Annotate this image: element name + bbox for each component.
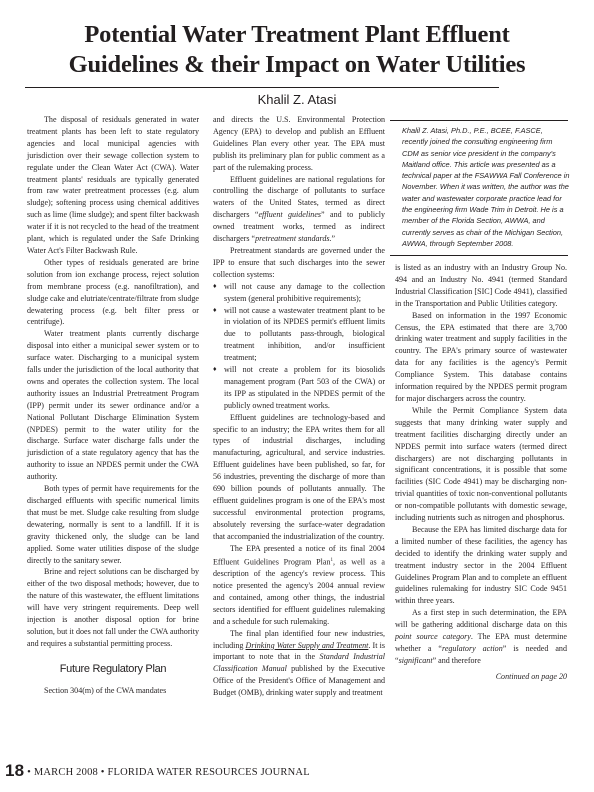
italic-term: significant xyxy=(399,656,433,665)
list-item-text: will not create a problem for its biosol… xyxy=(224,365,385,410)
bio-top-rule xyxy=(390,120,568,121)
title-divider xyxy=(25,87,499,88)
paragraph: Effluent guidelines are national regulat… xyxy=(213,174,385,245)
italic-term: regulatory action xyxy=(442,644,503,653)
section-heading: Future Regulatory Plan xyxy=(27,662,199,676)
bio-bottom-rule xyxy=(390,255,568,256)
list-item: ♦will not create a problem for its bioso… xyxy=(213,364,385,412)
paragraph: Based on information in the 1997 Economi… xyxy=(395,310,567,405)
text-run: ” xyxy=(332,234,336,243)
article-title-line-1: Potential Water Treatment Plant Effluent xyxy=(0,20,594,50)
list-item-text: will not cause any damage to the collect… xyxy=(224,282,385,303)
column-1: The disposal of residuals generated in w… xyxy=(27,114,199,697)
paragraph: The final plan identified four new indus… xyxy=(213,628,385,699)
italic-term: pretreatment standards. xyxy=(255,234,331,243)
italic-term: effluent guidelines xyxy=(258,210,321,219)
list-item: ♦will not cause any damage to the collec… xyxy=(213,281,385,305)
diamond-bullet-icon: ♦ xyxy=(213,281,217,293)
paragraph: Because the EPA has limited discharge da… xyxy=(395,524,567,607)
paragraph: Pretreatment standards are governed unde… xyxy=(213,245,385,281)
diamond-bullet-icon: ♦ xyxy=(213,305,217,317)
bullet-list: ♦will not cause any damage to the collec… xyxy=(213,281,385,412)
list-item-text: will not cause a wastewater treatment pl… xyxy=(224,306,385,363)
italic-term: point source category xyxy=(395,632,471,641)
list-item: ♦will not cause a wastewater treatment p… xyxy=(213,305,385,365)
text-run: , as well as a description of the agency… xyxy=(213,557,385,626)
footer-journal-info: • MARCH 2008 • FLORIDA WATER RESOURCES J… xyxy=(24,767,310,778)
column-2: and directs the U.S. Environmental Prote… xyxy=(213,114,385,699)
paragraph: and directs the U.S. Environmental Prote… xyxy=(213,114,385,174)
paragraph: Water treatment plants currently dischar… xyxy=(27,328,199,483)
paragraph: While the Permit Compliance System data … xyxy=(395,405,567,524)
article-title-line-2: Guidelines & their Impact on Water Utili… xyxy=(0,50,594,80)
paragraph: The disposal of residuals generated in w… xyxy=(27,114,199,257)
page-number: 18 xyxy=(5,761,24,780)
paragraph: Effluent guidelines are technology-based… xyxy=(213,412,385,543)
paragraph: Brine and reject solutions can be discha… xyxy=(27,566,199,649)
paragraph: Other types of residuals generated are b… xyxy=(27,257,199,328)
diamond-bullet-icon: ♦ xyxy=(213,364,217,376)
paragraph: Both types of permit have requirements f… xyxy=(27,483,199,566)
article-title: Potential Water Treatment Plant Effluent… xyxy=(0,20,594,80)
continued-link[interactable]: Continued on page 20 xyxy=(395,671,567,683)
paragraph: As a first step in such determination, t… xyxy=(395,607,567,667)
paragraph: Section 304(m) of the CWA mandates xyxy=(27,685,199,697)
paragraph: The EPA presented a notice of its final … xyxy=(213,543,385,628)
underlined-term: Drinking Water Supply and Treatment xyxy=(246,641,369,650)
text-run: ” and therefore xyxy=(433,656,481,665)
column-3: is listed as an industry with an Industr… xyxy=(395,262,567,683)
author-bio: Khalil Z. Atasi, Ph.D., P.E., BCEE, F.AS… xyxy=(402,125,570,249)
paragraph: is listed as an industry with an Industr… xyxy=(395,262,567,310)
text-run: As a first step in such determination, t… xyxy=(395,608,567,629)
author-byline: Khalil Z. Atasi xyxy=(0,92,594,107)
page-footer: 18 • MARCH 2008 • FLORIDA WATER RESOURCE… xyxy=(5,761,310,781)
